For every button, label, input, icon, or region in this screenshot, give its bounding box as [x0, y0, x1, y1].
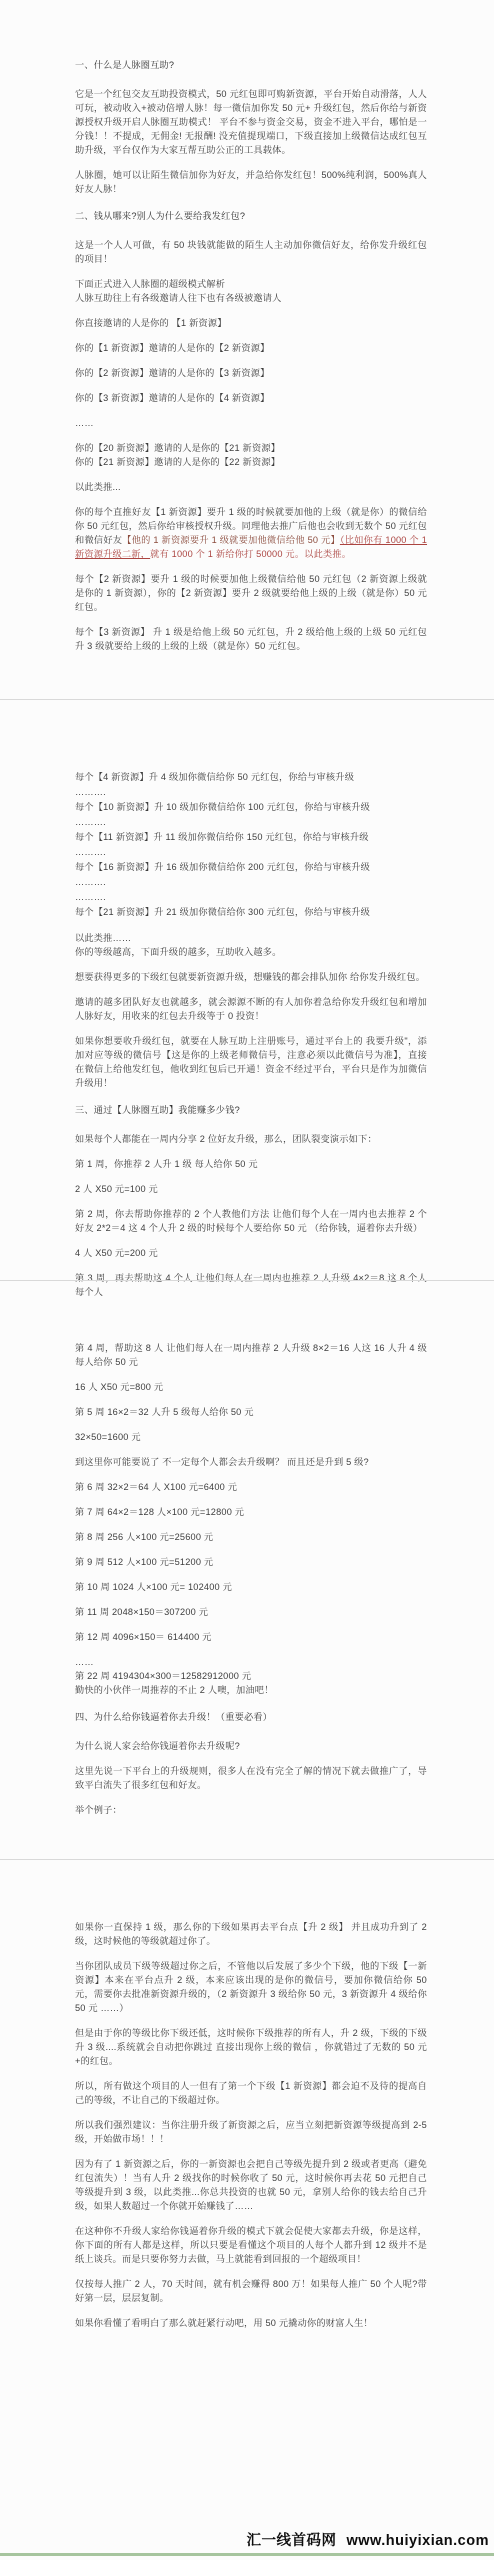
page-divider-2 [0, 1280, 494, 1281]
dots-line: ………. [75, 785, 427, 800]
paragraph: 你的每个直推好友【1 新资源】要升 1 级的时候就要加他的上级（就是你）的微信给… [75, 505, 427, 561]
sum-line: 4 人 X50 元=200 元 [75, 1246, 427, 1260]
paragraph: 当你团队成员下级等级超过你之后，不管他以后发展了多少个下级，他的下级【一新资源】… [75, 1959, 427, 2015]
page-1-content: 一、什么是人脉圈互助? 它是一个红包交友互助投资模式，50 元红包即可购新资源，… [75, 58, 427, 664]
week-line: 第 5 周 16×2＝32 人升 5 级每人给你 50 元 [75, 1405, 427, 1419]
week-line: 第 11 周 2048×150＝307200 元 [75, 1605, 427, 1619]
watermark-site-name: 汇一线首码网 [246, 2533, 336, 2549]
etc-line: 以此类推... [75, 480, 427, 494]
level-line: 每个【4 新资源】升 4 级加你微信给你 50 元红包，你给与审核升级 [75, 770, 427, 785]
paragraph: 这里先说一下平台上的升级规则，很多人在没有完全了解的情况下就去做推广了，导致平白… [75, 1764, 427, 1792]
paragraph: 仅按每人推广 2 人，70 天时间，就有机会赚得 800 万！如果每人推广 50… [75, 2277, 427, 2305]
text-line: 人脉互助往上有各级邀请人往下也有各级被邀请人 [75, 291, 427, 305]
sum-line: 16 人 X50 元=800 元 [75, 1380, 427, 1394]
section-4-heading: 四、为什么给你钱逼着你去升级！（重要必看） [75, 1710, 427, 1724]
paragraph: 所以我们强烈建议：当你注册升级了新资源之后，应当立刻把新资源等级提高到 2-5 … [75, 2118, 427, 2146]
watermark-site-url: www.huiyixian.com [346, 2533, 489, 2549]
sum-line: 32×50=1600 元 [75, 1430, 427, 1444]
text-line: 勤快的小伙伴一周推荐的不止 2 人噢，加油吧！ [75, 1683, 427, 1697]
paragraph: 每个【3 新资源】 升 1 级是给他上级 50 元红包，升 2 级给他上级的上级… [75, 625, 427, 653]
week-line: 第 22 周 4194304×300＝12582912000 元 [75, 1669, 427, 1683]
dots-line: ………. [75, 875, 427, 890]
section-3-heading: 三、通过【人脉圈互助】我能赚多少钱? [75, 1103, 427, 1117]
etc-line: 以此类推…… [75, 931, 427, 945]
text-line: 你的等级越高，下面升级的越多，互助收入越多。 [75, 945, 427, 959]
page-4-content: 如果你一直保持 1 级，那么你的下级如果再去平台点【升 2 级】 并且成功升到了… [75, 1920, 427, 2341]
level-line: 每个【21 新资源】升 21 级加你微信给你 300 元红包，你给与审核升级 [75, 905, 427, 920]
paragraph: 在这种你不升级人家给你钱逼着你升级的模式下就会促使大家都去升级，你是这样，你下面… [75, 2224, 427, 2266]
week-line: 第 10 周 1024 人×100 元= 102400 元 [75, 1580, 427, 1594]
section-1-heading: 一、什么是人脉圈互助? [75, 58, 427, 72]
week-line: 第 9 周 512 人×100 元=51200 元 [75, 1555, 427, 1569]
week-line: 第 4 周，帮助这 8 人 让他们每人在一周内推荐 2 人升级 8×2＝16 人… [75, 1341, 427, 1369]
red-text-run: 就有 1000 个 1 新给你打 50000 元。以此类推。 [150, 549, 351, 559]
week-line: 第 6 周 32×2＝64 人 X100 元=6400 元 [75, 1480, 427, 1494]
paragraph: …… 第 22 周 4194304×300＝12582912000 元 勤快的小… [75, 1655, 427, 1697]
paragraph: 你的【20 新资源】邀请的人是你的【21 新资源】 你的【21 新资源】邀请的人… [75, 441, 427, 469]
dots-line: ………. [75, 890, 427, 905]
page-2-content: 每个【4 新资源】升 4 级加你微信给你 50 元红包，你给与审核升级 ……….… [75, 770, 427, 1310]
week-line: 第 12 周 4096×150＝ 614400 元 [75, 1630, 427, 1644]
highlighted-text-run: 【他的 1 新资源要升 1 级就要加他微信给他 50 元】 [122, 535, 340, 545]
chain-line: 你的【20 新资源】邀请的人是你的【21 新资源】 [75, 441, 427, 455]
paragraph: 如果你看懂了看明白了那么就赶紧行动吧，用 50 元撬动你的财富人生！ [75, 2316, 427, 2330]
paragraph: 如果你一直保持 1 级，那么你的下级如果再去平台点【升 2 级】 并且成功升到了… [75, 1920, 427, 1948]
ellipsis-line: …… [75, 416, 427, 430]
paragraph: 如果每个人都能在一周内分享 2 位好友升级，那么，团队裂变演示如下： [75, 1132, 427, 1146]
week-line: 第 8 周 256 人×100 元=25600 元 [75, 1530, 427, 1544]
paragraph: 所以，所有做这个项目的人一但有了第一个下级【1 新资源】都会迫不及待的提高自己的… [75, 2079, 427, 2107]
paragraph: 想要获得更多的下级红包就要新资源升级，想赚钱的都会排队加你 给你发升级红包。 [75, 970, 427, 984]
paragraph: 如果你想要收升级红包，就要在人脉互助上注册账号，通过平台上的 我要升级"，添加对… [75, 1034, 427, 1090]
paragraph: 但是由于你的等级比你下级还低，这时候你下级推荐的所有人，升 2 级，下级的下级升… [75, 2026, 427, 2068]
paragraph: 这是一个人人可做，有 50 块钱就能做的陌生人主动加你微信好友，给你发升级红包的… [75, 238, 427, 266]
ellipsis-line: …… [75, 1655, 427, 1669]
paragraph: 因为有了 1 新资源之后，你的一新资源也会把自己等级先提升到 2 级或者更高（避… [75, 2157, 427, 2213]
week-line: 第 3 周，再去帮助这 4 个人 让他们每人在一周内也推荐 2 人升级 4×2＝… [75, 1271, 427, 1299]
text-line: 下面正式进入人脉圈的超级模式解析 [75, 277, 427, 291]
week-line: 第 1 周，你推荐 2 人升 1 级 每人给你 50 元 [75, 1157, 427, 1171]
chain-line: 你直接邀请的人是你的 【1 新资源】 [75, 316, 427, 330]
paragraph: 到这里你可能要说了 不一定每个人都会去升级啊？ 而且还是升到 5 级? [75, 1455, 427, 1469]
site-watermark: 汇一线首码网www.huiyixian.com [246, 2529, 489, 2550]
page-3-content: 第 4 周，帮助这 8 人 让他们每人在一周内推荐 2 人升级 8×2＝16 人… [75, 1341, 427, 1828]
paragraph: 为什么说人家会给你钱逼着你去升级呢? [75, 1739, 427, 1753]
week-line: 第 7 周 64×2＝128 人×100 元=12800 元 [75, 1505, 427, 1519]
chain-line: 你的【2 新资源】邀请的人是你的【3 新资源】 [75, 366, 427, 380]
chain-line: 你的【3 新资源】邀请的人是你的【4 新资源】 [75, 391, 427, 405]
paragraph: 下面正式进入人脉圈的超级模式解析 人脉互助往上有各级邀请人往下也有各级被邀请人 [75, 277, 427, 305]
paragraph: 邀请的越多团队好友也就越多，就会源源不断的有人加你着急给你发升级红包和增加人脉好… [75, 995, 427, 1023]
paragraph: 每个【2 新资源】要升 1 级的时候要加他上级微信给他 50 元红包（2 新资源… [75, 572, 427, 614]
page-divider-3 [0, 1859, 494, 1860]
chain-line: 你的【1 新资源】邀请的人是你的【2 新资源】 [75, 341, 427, 355]
section-2-heading: 二、钱从哪来?别人为什么要给我发红包? [75, 209, 427, 223]
week-line: 第 2 周，你去帮助你推荐的 2 个人教他们方法 让他们每个人在一周内也去推荐 … [75, 1207, 427, 1235]
level-line: 每个【11 新资源】升 11 级加你微信给你 150 元红包，你给与审核升级 [75, 830, 427, 845]
level-line: 每个【16 新资源】升 16 级加你微信给你 200 元红包，你给与审核升级 [75, 860, 427, 875]
dots-line: ………. [75, 845, 427, 860]
paragraph: 举个例子： [75, 1803, 427, 1817]
document-page: 一、什么是人脉圈互助? 它是一个红包交友互助投资模式，50 元红包即可购新资源，… [0, 0, 494, 2560]
paragraph: 人脉圈，她可以让陌生微信加你为好友，并急给你发红包！500%纯利润，500%真人… [75, 168, 427, 196]
dots-line: ………. [75, 815, 427, 830]
sum-line: 2 人 X50 元=100 元 [75, 1182, 427, 1196]
paragraph: 它是一个红包交友互助投资模式，50 元红包即可购新资源，平台开始自动滑落，人人可… [75, 87, 427, 157]
page-divider-1 [0, 699, 494, 700]
level-line: 每个【10 新资源】升 10 级加你微信给你 100 元红包，你给与审核升级 [75, 800, 427, 815]
bottom-border-line [0, 2553, 494, 2556]
chain-line: 你的【21 新资源】邀请的人是你的【22 新资源】 [75, 455, 427, 469]
paragraph: 以此类推…… 你的等级越高，下面升级的越多，互助收入越多。 [75, 931, 427, 959]
